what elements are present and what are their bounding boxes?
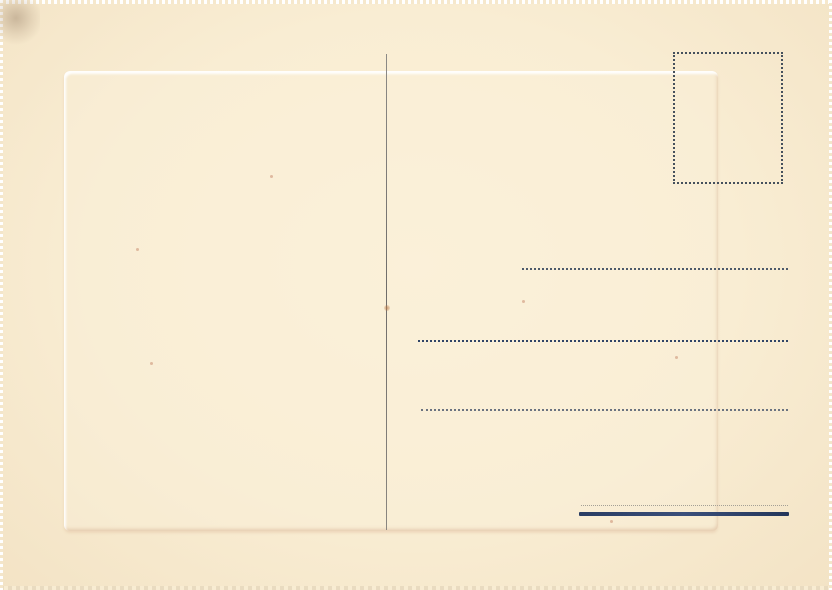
address-line-4 (581, 505, 788, 506)
deckled-edge-left (0, 0, 3, 590)
stamp-box (673, 52, 783, 184)
paper-speck (270, 175, 273, 178)
blue-underline-bar (579, 512, 789, 516)
paper-speck (675, 356, 678, 359)
center-divider-line (386, 54, 387, 530)
deckled-edge-top (0, 0, 832, 4)
ink-blot (384, 305, 390, 311)
address-line-2 (418, 340, 788, 342)
paper-speck (522, 300, 525, 303)
postcard-back (0, 0, 832, 590)
corner-stain (0, 0, 40, 45)
message-area (70, 80, 380, 520)
address-line-1 (522, 268, 788, 270)
deckled-edge-bottom (0, 586, 832, 590)
address-line-3 (421, 409, 788, 411)
paper-speck (136, 248, 139, 251)
paper-speck (610, 520, 613, 523)
paper-speck (150, 362, 153, 365)
